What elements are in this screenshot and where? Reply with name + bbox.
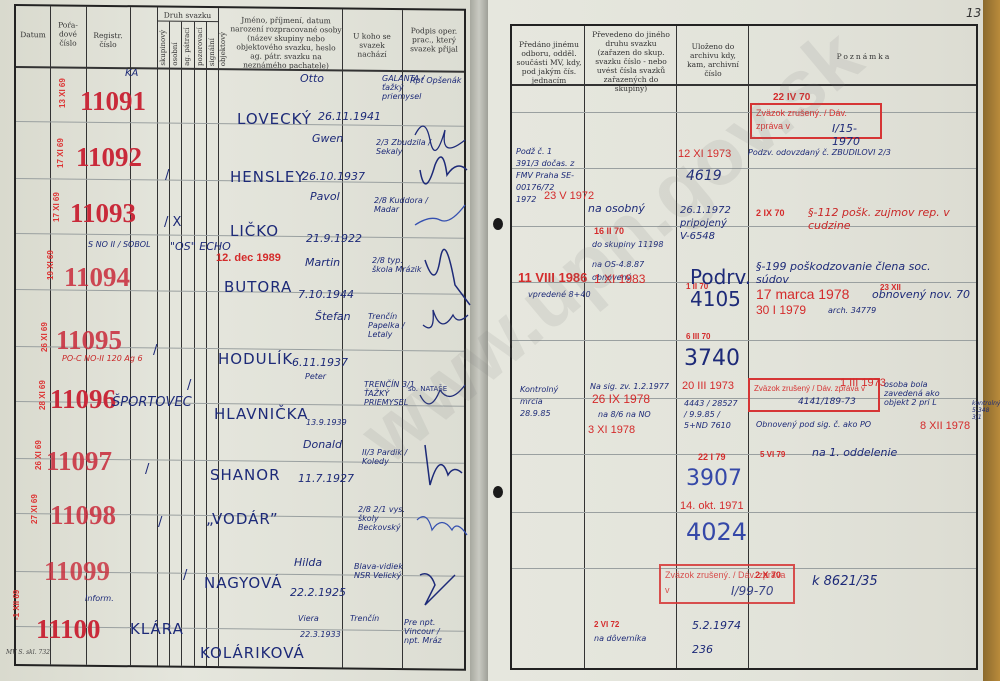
entry-date: 13 XI 69	[58, 78, 67, 108]
note-text: Obnovený pod sig. č. ako PO	[756, 420, 871, 429]
note-text: §-112 pošk. zujmov rep. v cudzine	[808, 206, 968, 232]
birth-date: 7.10.1944	[298, 288, 354, 301]
header-registry-number: Registr. číslo	[88, 31, 128, 49]
register-number: 11093	[70, 198, 136, 229]
transfer-note: Kontrolný mrcia 28.9.85	[520, 384, 572, 420]
stamp-reference: 4141/189-73	[798, 397, 856, 407]
header-transferred: Předáno jinému odboru, odděl. součásti M…	[514, 40, 584, 85]
header-archived: Uloženo do archivu kdy, kam, archivní čí…	[680, 42, 746, 78]
entry-date: -1 XII 69	[12, 590, 21, 620]
note-text: arch. 34779	[828, 306, 876, 315]
note-text: k 8621/35	[812, 574, 878, 589]
header-holder: U koho se svazek nachází	[344, 31, 400, 59]
first-name: Peter	[305, 372, 326, 381]
register-number: 11094	[64, 262, 130, 293]
date-stamp: 6 III 70	[686, 332, 710, 341]
header-file-type: Druh svazku	[157, 10, 218, 20]
registry-code: KA	[125, 68, 138, 79]
type-mark: /	[145, 462, 149, 477]
surname: KOLÁRIKOVÁ	[200, 644, 305, 662]
surname: HODULÍK	[218, 350, 293, 368]
note-side-text: osoba bola zavedená ako objekt 2 pri L	[884, 380, 956, 407]
first-name: Štefan	[315, 310, 351, 323]
file-holder: Trenčín	[350, 614, 400, 623]
date-stamp: 2 VI 72	[594, 620, 619, 629]
date-stamp: 2 X 70	[755, 570, 781, 580]
type-mark: /	[153, 343, 157, 358]
birth-date: 11.7.1927	[298, 472, 354, 485]
archive-number: Podrv. 4105	[690, 266, 750, 310]
header-type-personal: osobní	[171, 26, 179, 66]
date-stamp: 5 VI 79	[760, 450, 785, 459]
date-stamp: 30 I 1979	[756, 303, 806, 317]
type-mark: /	[158, 515, 162, 530]
margin-note: kontrolný 5-348 3/1	[972, 400, 998, 421]
entry-date: 28 XI 69	[38, 380, 47, 410]
entry-date: 19 XI 69	[46, 250, 55, 280]
date-stamp: 23 V 1972	[544, 190, 594, 202]
date-stamp: 17 marca 1978	[756, 286, 849, 302]
date-stamp: 20 III 1973	[682, 380, 734, 392]
conversion-note: na dôverníka	[594, 634, 646, 643]
date-stamp: 22 I 79	[698, 452, 726, 462]
surname: SHANOR	[210, 466, 281, 484]
entry-date: 17 XI 69	[52, 192, 61, 222]
register-number: 11095	[56, 325, 122, 356]
archive-number: 3740	[684, 346, 740, 371]
registry-code: Inform.	[85, 594, 114, 603]
file-holder: 2/8 2/1 vys. školy Beckovský	[358, 505, 406, 532]
date-stamp: 14. okt. 1971	[680, 500, 744, 512]
entry-date: 27 XI 69	[30, 494, 39, 524]
surname: NAGYOVÁ	[204, 574, 283, 592]
stamp-reference: I/15-1970	[832, 122, 880, 148]
form-code: MV S. skl. 732	[6, 649, 50, 656]
register-number: 11098	[50, 500, 116, 531]
archive-number: 4443 / 28527 / 9.9.85 / 5+ND 7610	[684, 398, 740, 431]
date-stamp: 3 XI 1978	[588, 424, 635, 436]
archive-number: 3907	[686, 466, 742, 491]
register-number: 11096	[50, 384, 116, 415]
date-stamp: 23 XII	[880, 283, 901, 292]
registry-code: S NO II / SOBOL	[88, 240, 151, 249]
birth-date: 21.9.1922	[306, 232, 362, 245]
register-number: 11100	[36, 614, 101, 645]
surname: LIČKO	[230, 222, 279, 240]
register-number: 11091	[80, 86, 146, 117]
surname: HLAVNIČKA	[214, 405, 309, 423]
first-name: Martin	[305, 256, 340, 269]
date-stamp: 2 IX 70	[756, 208, 785, 218]
birth-date: 22.3.1933	[300, 630, 341, 639]
first-name: Gwen	[312, 132, 343, 145]
type-mark: /	[183, 568, 187, 583]
date-stamp: 1 III 1973	[840, 377, 886, 389]
entry-date: 26 XI 69	[40, 322, 49, 352]
codename: ŠPORTOVEC	[112, 395, 192, 410]
binder-hole	[493, 218, 503, 230]
register-number: 11097	[46, 446, 112, 477]
register-number: 11099	[44, 556, 110, 587]
registry-code: PO-C NO-II 120 Ag 6	[62, 354, 143, 363]
birth-date: 6.11.1937	[292, 356, 348, 369]
first-name: Pavol	[310, 190, 340, 203]
first-name: Otto	[300, 72, 324, 85]
header-type-object: objektový	[219, 26, 227, 66]
birth-date: 26.11.1941	[318, 110, 381, 123]
first-name: Hilda	[294, 556, 322, 569]
surname: LOVECKÝ	[237, 110, 312, 128]
date-stamp: 12. dec 1989	[216, 252, 281, 264]
entry-date: 26 XI 69	[34, 440, 43, 470]
surname: BUTORA	[224, 278, 292, 296]
page-edge	[983, 0, 1000, 681]
header-signature: Podpis oper. prac., který svazek přijal	[404, 26, 464, 54]
header-name: Jméno, příjmení, datum narození rozpraco…	[230, 15, 342, 70]
first-name: Viera	[298, 614, 319, 623]
officer-signature: Rpt Opšenák	[410, 76, 461, 85]
binder-hole	[493, 486, 503, 498]
header-date: Datum	[16, 30, 50, 39]
note-text: na 1. oddelenie	[812, 446, 897, 459]
surname: HENSLEY	[230, 168, 306, 186]
header-type-group: skupinový	[159, 26, 167, 66]
birth-date: 13.9.1939	[306, 418, 347, 427]
conversion-note: Na sig. zv. 1.2.1977	[590, 382, 669, 391]
register-number: 11092	[76, 142, 142, 173]
header-order-number: Poŕa-dové číslo	[52, 20, 84, 47]
note-text: §-199 poškodzovanie člena soc. súdov	[756, 260, 956, 286]
entry-date: 17 XI 69	[56, 138, 65, 168]
header-type-search: ag. pátrací	[183, 26, 191, 66]
file-holder: Blava-vidiek NSR Velický	[354, 562, 404, 580]
codename: KLÁRA	[130, 620, 184, 638]
archive-number: 4024	[686, 518, 747, 546]
type-mark: / X	[164, 215, 181, 230]
type-mark: /	[187, 378, 191, 393]
page-number: 13	[966, 6, 981, 20]
birth-date: 22.2.1925	[290, 586, 346, 599]
date-stamp: 8 XII 1978	[920, 420, 970, 432]
header-type-signal: signální	[208, 26, 216, 66]
first-name: Donald	[303, 438, 342, 451]
type-mark: /	[165, 168, 169, 183]
date-stamp: 26 IX 1978	[592, 392, 650, 406]
surname: „VODÁR”	[206, 510, 279, 528]
archive-number: 5.2.1974 236	[692, 614, 742, 662]
header-type-observation: pozorovací	[196, 26, 204, 66]
stamp-reference: I/99-70	[731, 584, 773, 598]
header-converted: Převedeno do jiného druhu svazku (zařaze…	[588, 30, 674, 93]
conversion-extra: na 8/6 na NO	[598, 410, 651, 419]
birth-date: 26.10.1937	[302, 170, 365, 183]
